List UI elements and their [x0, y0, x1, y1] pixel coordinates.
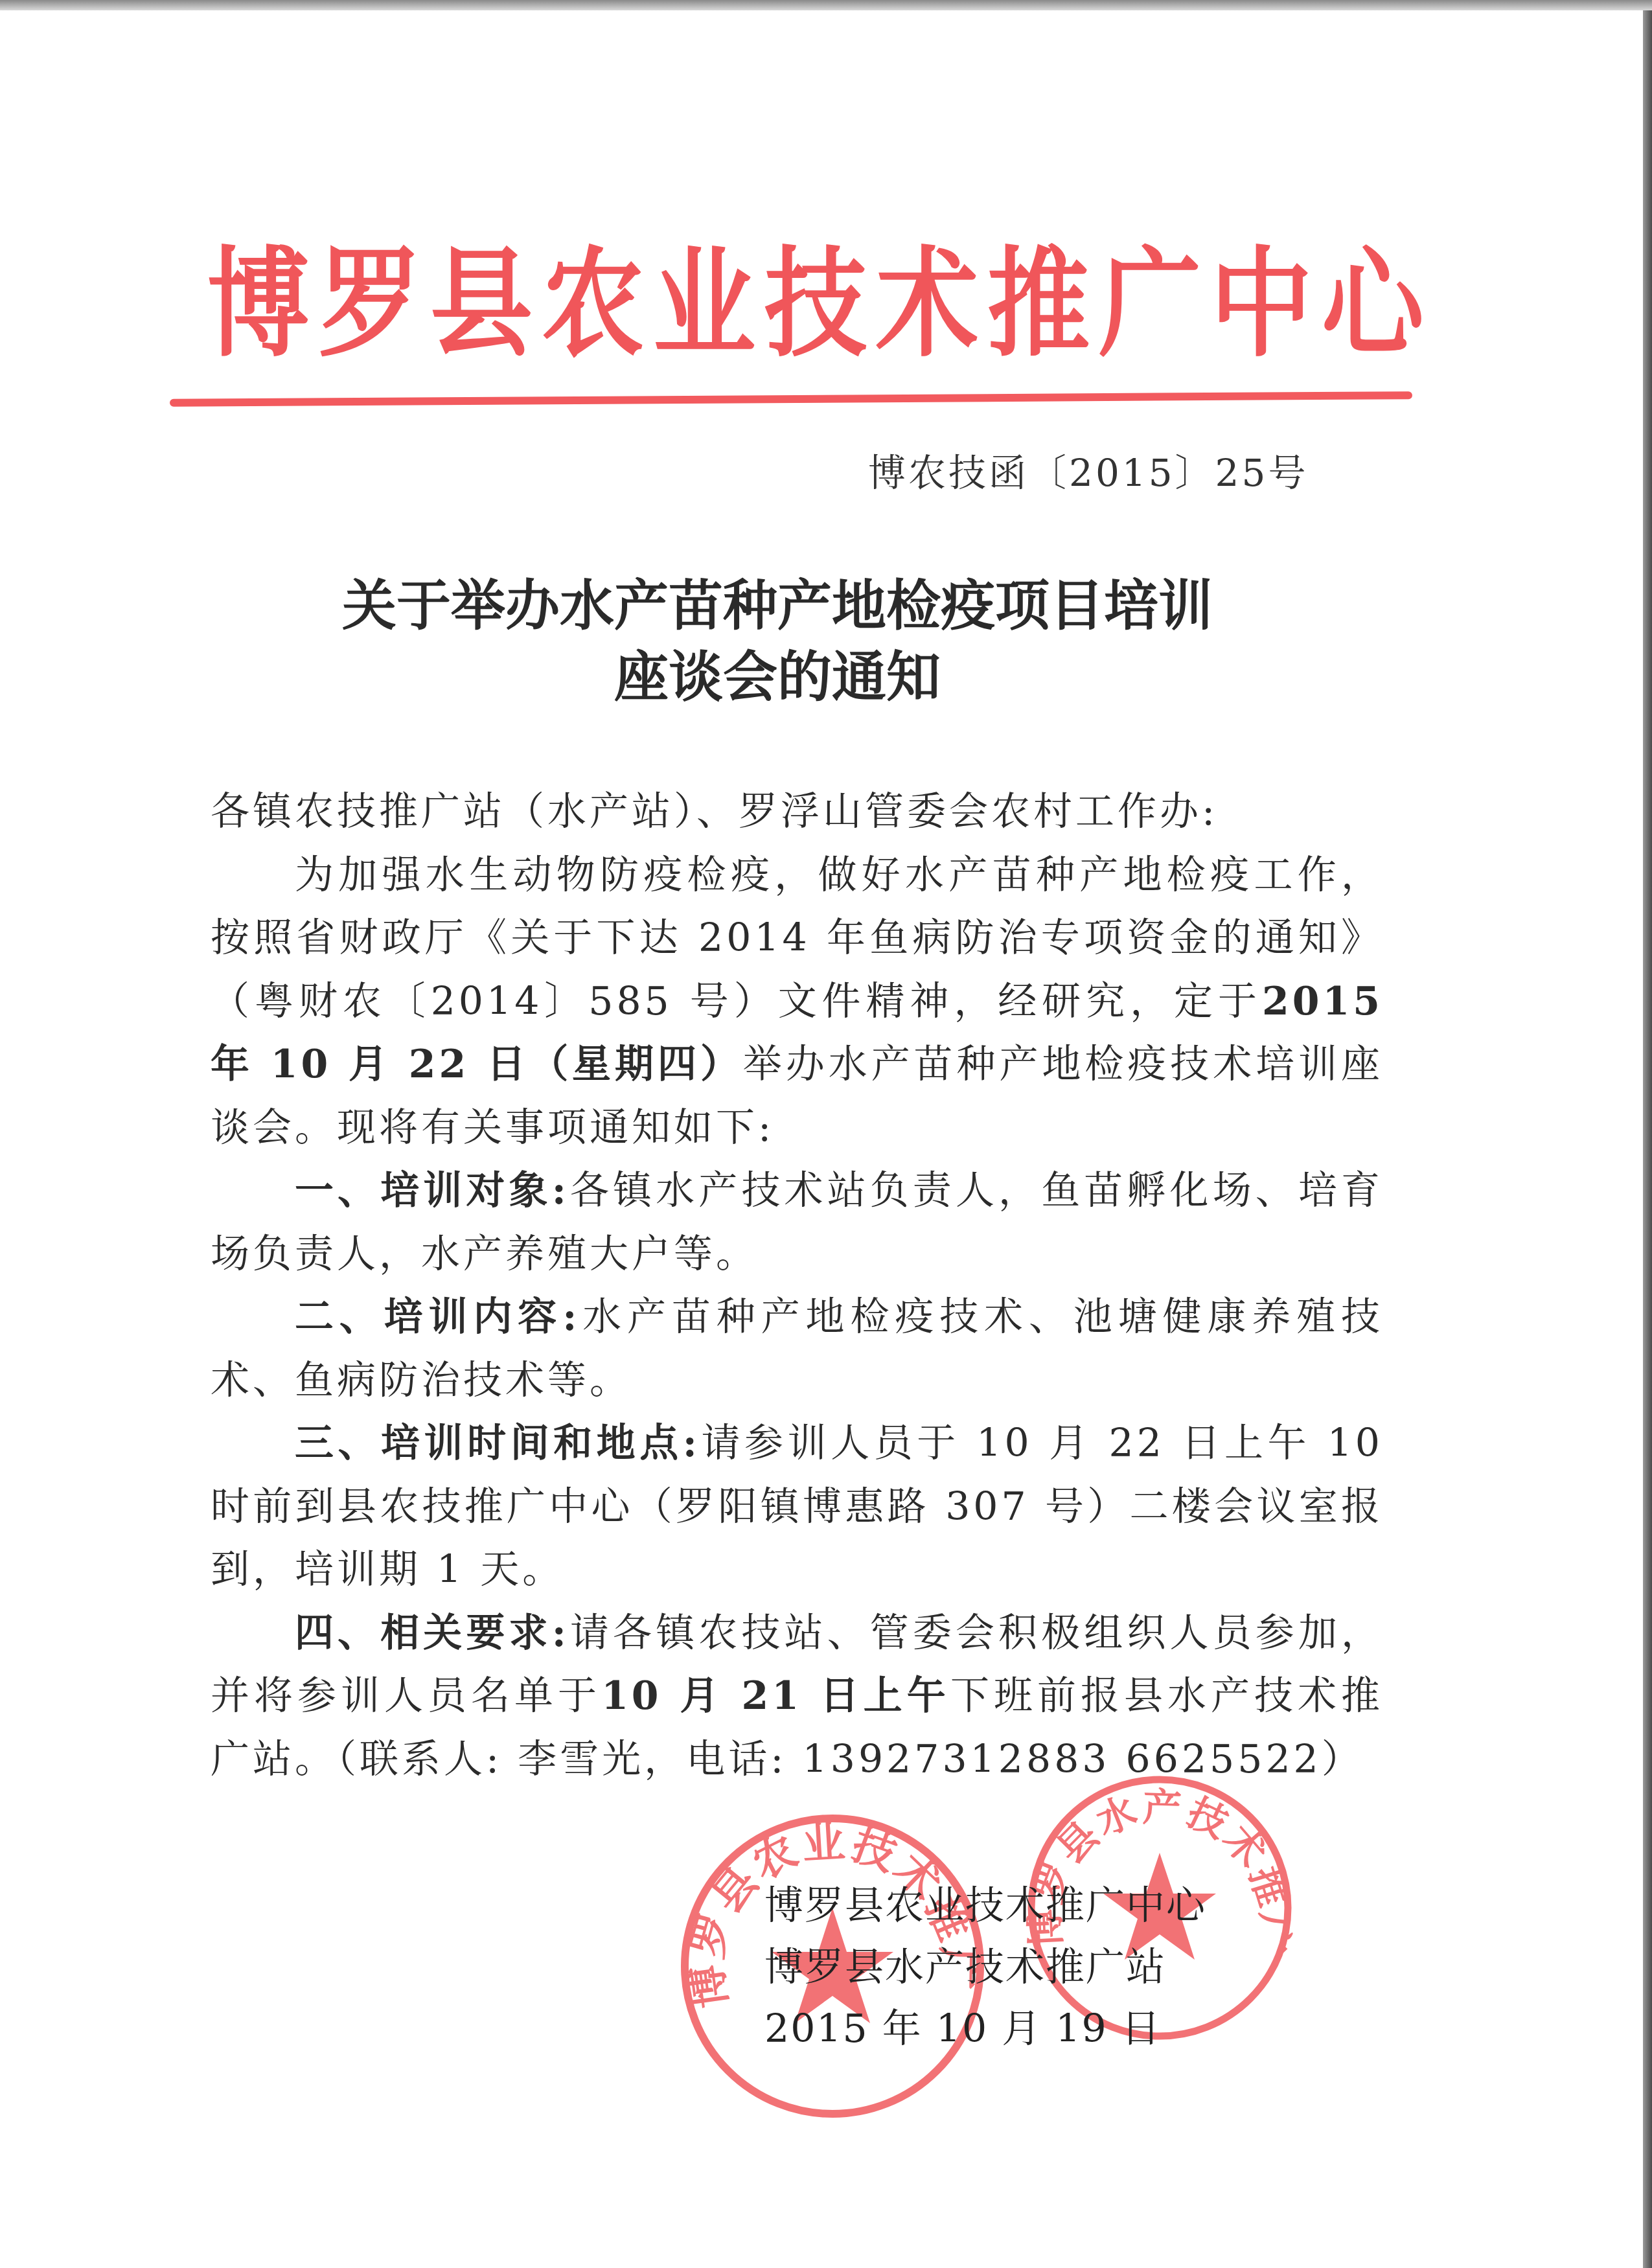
document-number: 博农技函〔2015〕25号	[868, 447, 1308, 499]
signature-org-1: 博罗县农业技术推广中心	[764, 1875, 1206, 1937]
deadline: 10 月 21 日上午	[601, 1673, 950, 1719]
section-1: 一、培训对象:各镇水产技术站负责人，鱼苗孵化场、培育场负责人，水产养殖大户等。	[211, 1160, 1383, 1286]
document-title: 关于举办水产苗种产地检疫项目培训 座谈会的通知	[259, 570, 1296, 713]
scan-top-edge	[0, 0, 1652, 10]
section-heading: 三、培训时间和地点:	[295, 1421, 700, 1466]
intro-text: 为加强水生动物防疫检疫，做好水产苗种产地检疫工作，按照省财政厅《关于下达 201…	[211, 853, 1383, 1024]
signature-org-2: 博罗县水产技术推广站	[764, 1937, 1206, 1999]
letterhead-red-rule	[170, 391, 1412, 407]
section-heading: 四、相关要求:	[295, 1610, 569, 1656]
section-heading: 二、培训内容:	[295, 1294, 580, 1340]
document-title-line-1: 关于举办水产苗种产地检疫项目培训	[259, 570, 1296, 641]
scan-right-edge	[1643, 10, 1652, 2268]
section-heading: 一、培训对象:	[295, 1168, 569, 1213]
signature-date: 2015 年 10 月 19 日	[764, 1999, 1206, 2060]
intro-paragraph: 为加强水生动物防疫检疫，做好水产苗种产地检疫工作，按照省财政厅《关于下达 201…	[211, 844, 1383, 1160]
section-2: 二、培训内容:水产苗种产地检疫技术、池塘健康养殖技术、鱼病防治技术等。	[211, 1286, 1383, 1412]
section-3: 三、培训时间和地点:请参训人员于 10 月 22 日上午 10 时前到县农技推广…	[211, 1412, 1383, 1602]
document-title-line-2: 座谈会的通知	[259, 641, 1296, 713]
section-4: 四、相关要求:请各镇农技站、管委会积极组织人员参加，并将参训人员名单于10 月 …	[211, 1602, 1383, 1792]
letterhead-title: 博罗县农业技术推广中心	[207, 230, 1373, 379]
salutation: 各镇农技推广站（水产站）、罗浮山管委会农村工作办:	[211, 781, 1383, 844]
signature-block: 博罗县农业技术推广中心 博罗县水产技术推广站 2015 年 10 月 19 日	[764, 1875, 1206, 2060]
document-body: 各镇农技推广站（水产站）、罗浮山管委会农村工作办: 为加强水生动物防疫检疫，做好…	[211, 781, 1383, 1791]
